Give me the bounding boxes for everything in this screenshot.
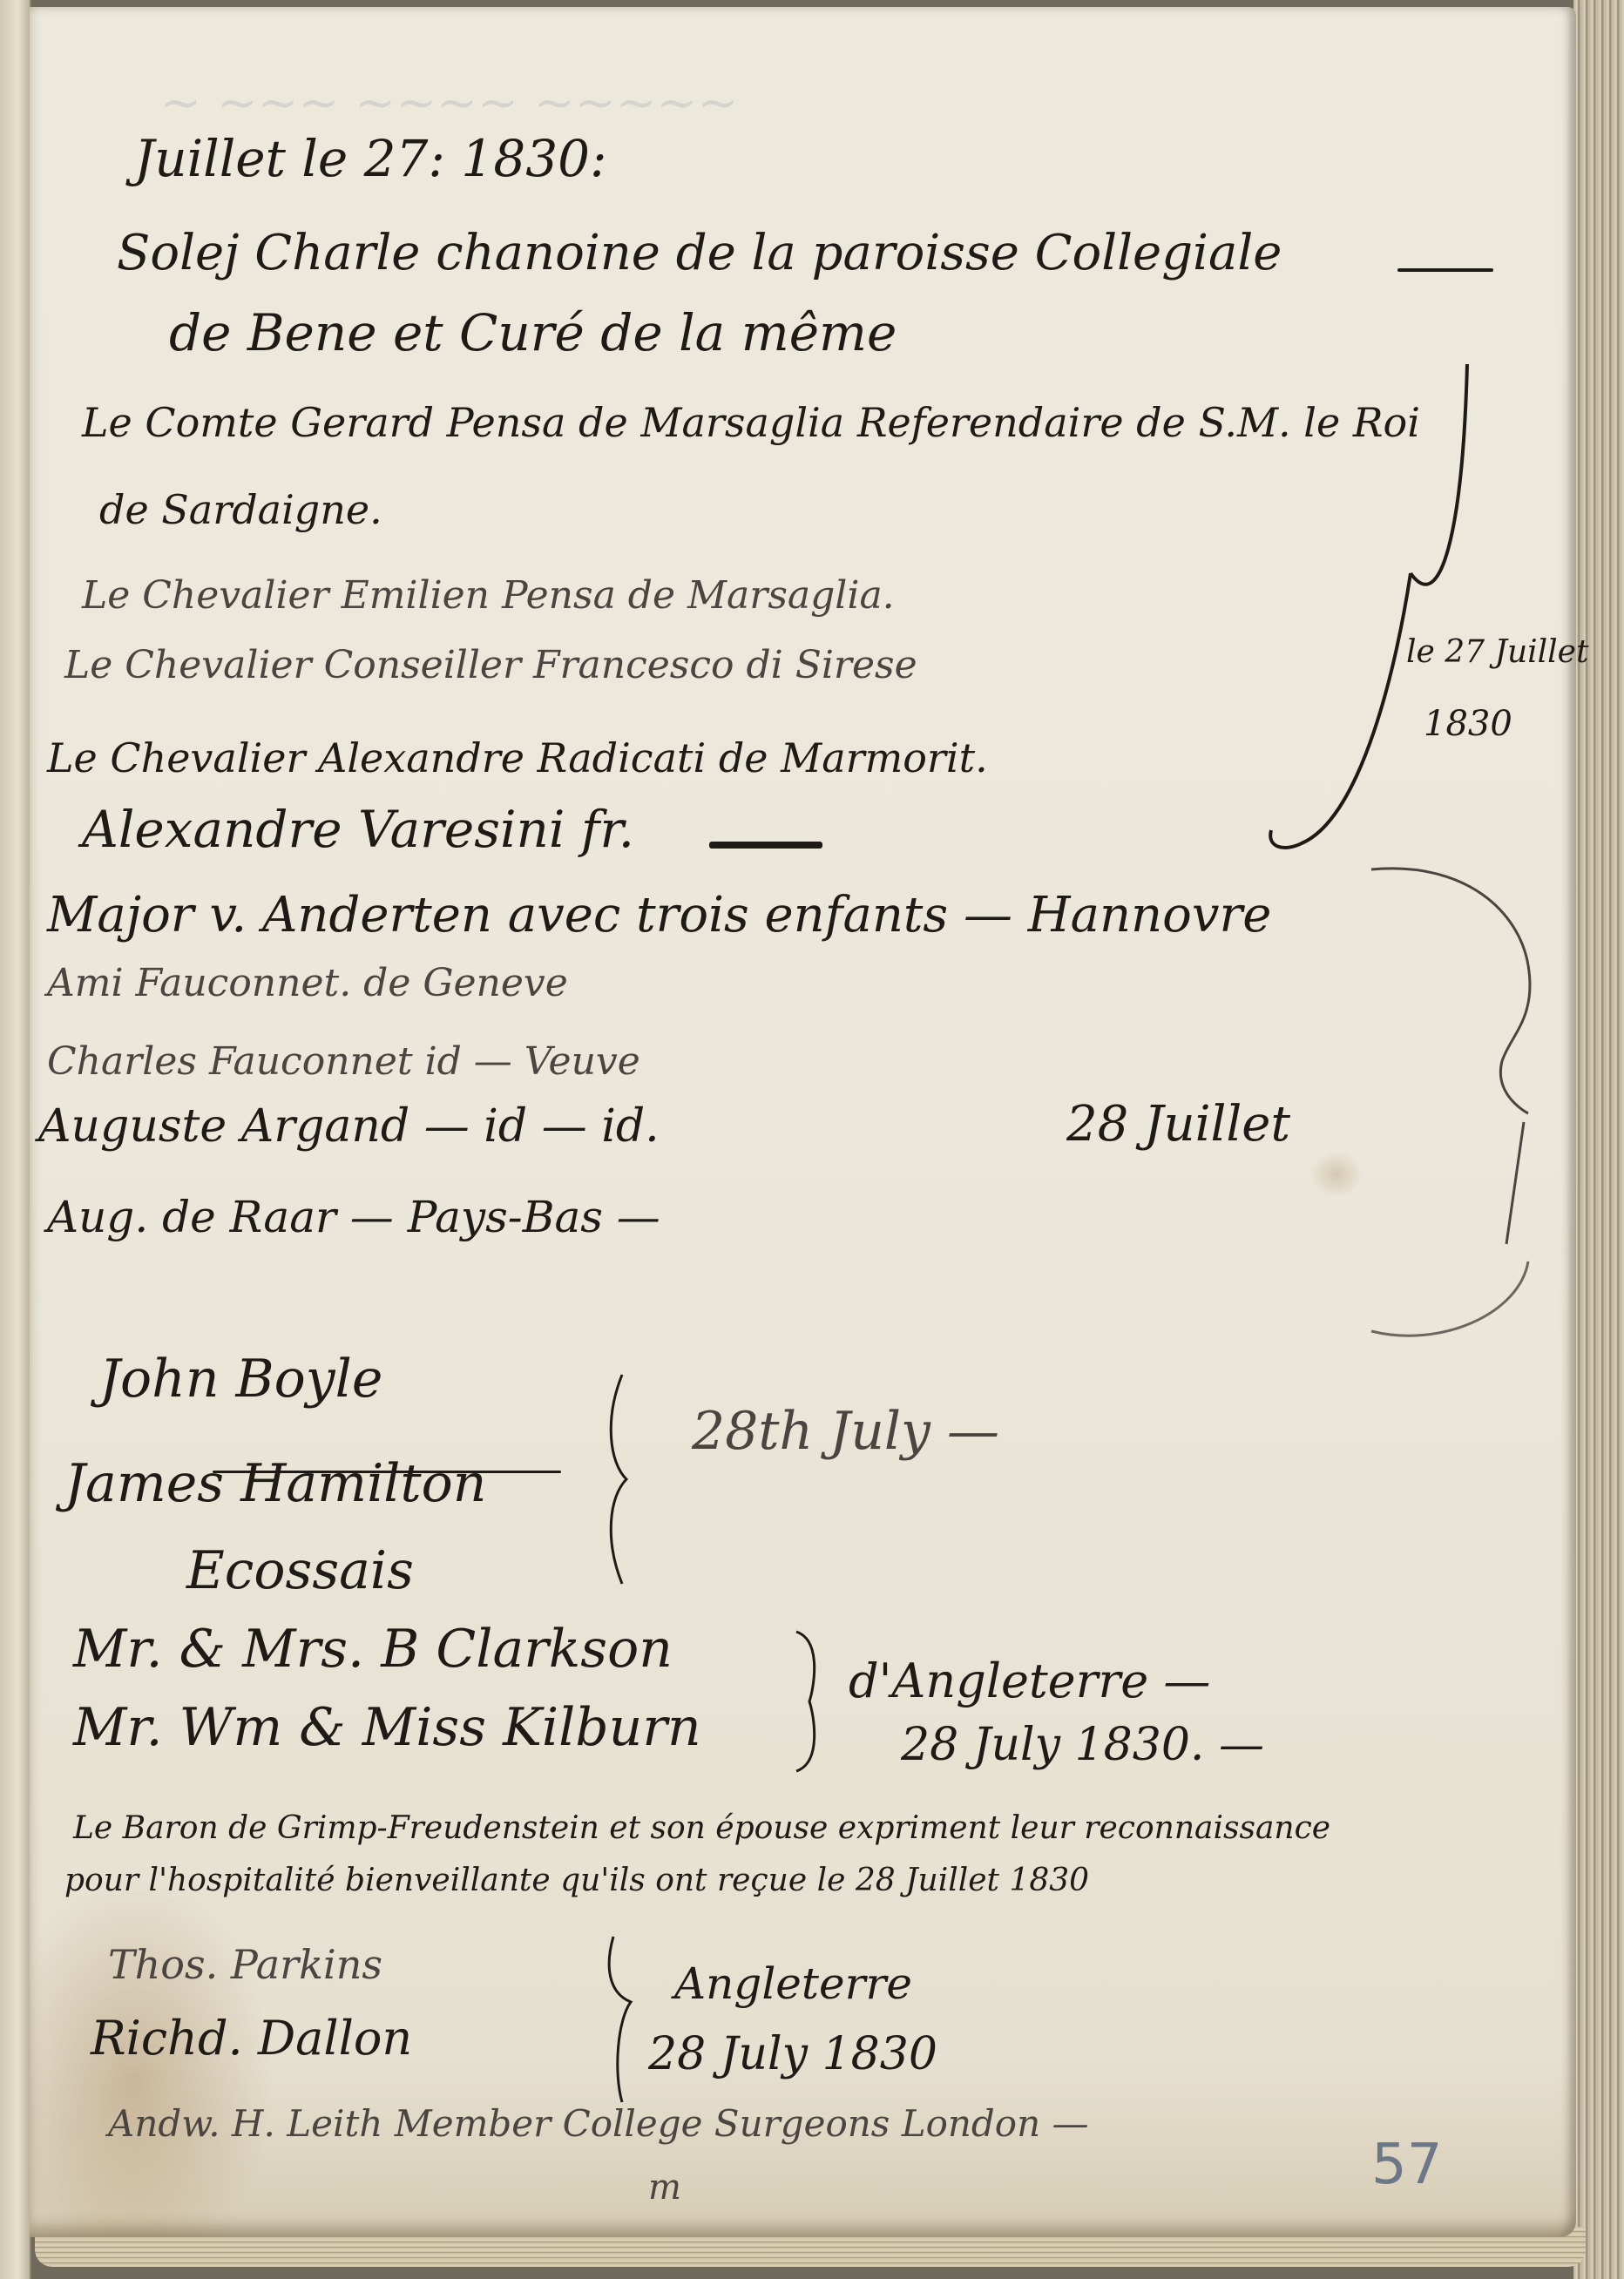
entry-line: Le Baron de Grimp-Freudenstein et son ép… [73, 1810, 1330, 1846]
book-spread: ~ ~~~ ~~~~ ~~~~~ Juillet le 27: 1830: So… [0, 0, 1624, 2279]
margin-country: Angleterre [674, 1958, 912, 2009]
entry-line: John Boyle [99, 1349, 382, 1410]
bracket-scots [587, 1366, 657, 1593]
bracket-angleterre-2 [596, 1932, 666, 2107]
margin-date: 28 July 1830 [648, 2028, 937, 2080]
margin-date: 28 Juillet [1066, 1096, 1290, 1153]
entry-line: Auguste Argand — id — id. [38, 1100, 660, 1153]
bracket-28-juillet [1319, 861, 1563, 1349]
bracket-angleterre-1 [788, 1627, 840, 1775]
bleed-through-text: ~ ~~~ ~~~~ ~~~~~ [160, 75, 738, 132]
entry-line: Le Chevalier Emilien Pensa de Marsaglia. [82, 573, 895, 618]
entry-mark: m [648, 2167, 681, 2208]
flourish-line [1397, 268, 1493, 272]
entry-line: Richd. Dallon [91, 2011, 412, 2066]
margin-date: le 27 Juillet [1406, 634, 1588, 670]
entry-line: Le Chevalier Alexandre Radicati de Marmo… [47, 734, 988, 781]
page-number: 57 [1371, 2133, 1442, 2197]
entry-line: Ami Fauconnet. de Geneve [47, 961, 568, 1005]
entry-line: Alexandre Varesini fr. [82, 800, 634, 859]
entry-line: Aug. de Raar — Pays-Bas — [47, 1192, 660, 1242]
bracket-27-juillet [1215, 355, 1476, 878]
entry-line: Major v. Anderten avec trois enfants — H… [47, 887, 1271, 943]
entry-line: Solej Charle chanoine de la paroisse Col… [117, 225, 1282, 281]
margin-year: 1830 [1424, 704, 1512, 744]
entry-line: Andw. H. Leith Member College Surgeons L… [108, 2102, 1089, 2145]
margin-country: d'Angleterre — [849, 1653, 1210, 1708]
entry-line: Charles Fauconnet id — Veuve [47, 1039, 640, 1084]
entry-line: Mr. Wm & Miss Kilburn [73, 1697, 701, 1758]
heading-date: Juillet le 27: 1830: [134, 129, 607, 188]
entry-line: James Hamilton [64, 1453, 486, 1514]
margin-date: 28 July 1830. — [901, 1719, 1264, 1771]
entry-line: Thos. Parkins [108, 1941, 382, 1988]
previous-page-edge [0, 0, 31, 2279]
entry-line: de Bene et Curé de la même [169, 303, 897, 362]
entry-line: Ecossais [186, 1540, 414, 1601]
underline [213, 1471, 561, 1473]
entry-line: Le Chevalier Conseiller Francesco di Sir… [64, 643, 917, 687]
entry-line: Mr. & Mrs. B Clarkson [73, 1619, 673, 1680]
entry-line: pour l'hospitalité bienveillante qu'ils … [64, 1863, 1089, 1898]
page-stack-right [1573, 0, 1624, 2279]
entry-line: de Sardaigne. [99, 486, 382, 533]
margin-date: 28th July — [692, 1401, 999, 1462]
manuscript-page: ~ ~~~ ~~~~ ~~~~~ Juillet le 27: 1830: So… [30, 7, 1576, 2237]
flourish-line [709, 842, 822, 849]
